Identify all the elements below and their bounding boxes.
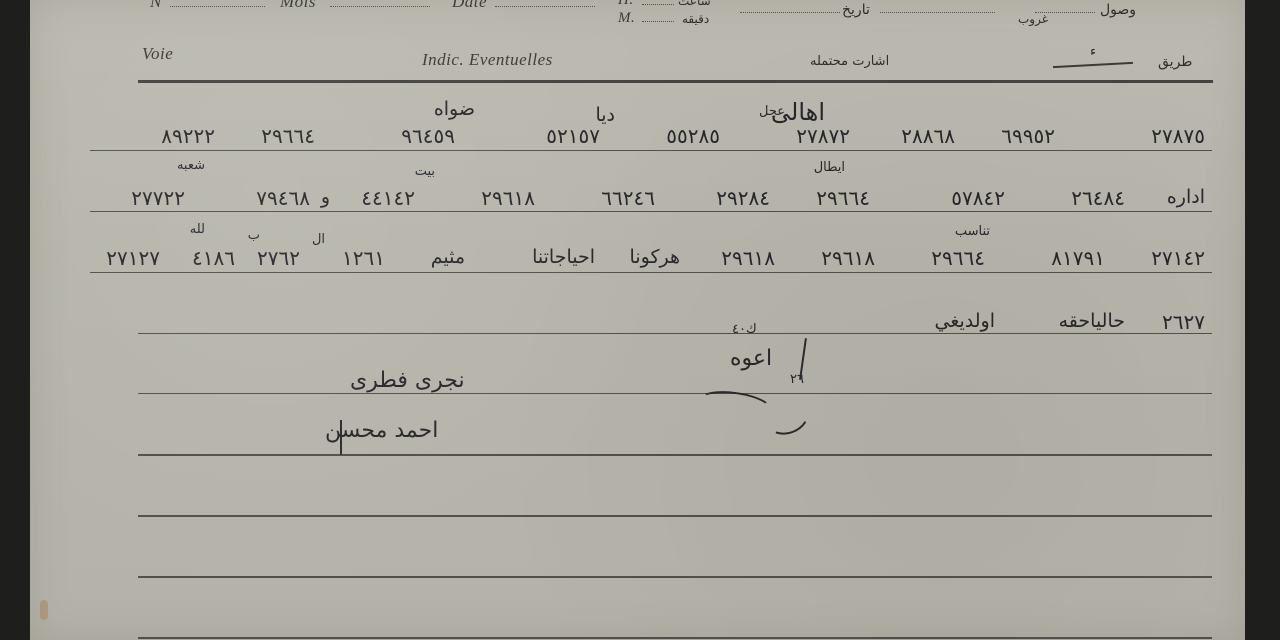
conjunction: و [321, 186, 330, 208]
tarik-label: طريق [1158, 54, 1192, 70]
date-label: Date [452, 0, 487, 12]
code-group: ٢٦٢٧ [1162, 310, 1205, 334]
code-group: ٥٥٢٨٥ [666, 124, 720, 148]
signature-line-1-rule [138, 393, 1212, 394]
word: اداره [1167, 186, 1205, 208]
message-line-4-rule [138, 333, 1212, 334]
code-group: ٢٧٧٢٢ [131, 186, 185, 210]
code-group: ٤١٨٦ [192, 246, 235, 270]
blank-line [138, 637, 1212, 639]
word: احياجاتنا [532, 246, 595, 268]
date-field-line [495, 6, 595, 7]
blank-line [138, 515, 1212, 517]
blank-line [138, 576, 1212, 578]
tarik-handwritten-stroke [1053, 62, 1133, 68]
message-line-2-rule [90, 211, 1212, 212]
code-group: ٤٤١٤٢ [361, 186, 415, 210]
annotation: شعبه [177, 158, 205, 173]
saat-label: ساعت [678, 0, 711, 8]
mois-field-line [330, 6, 430, 7]
code-group: ٨١٧٩١ [1051, 246, 1105, 270]
blank-line [138, 454, 1212, 456]
tarih-right-line [880, 12, 995, 13]
annotation: ايطال [814, 160, 845, 175]
tarih-left-line [740, 12, 840, 13]
dakika-label: دقيقه [682, 12, 709, 26]
annotation: عجل [759, 104, 785, 119]
annotation: لله [190, 222, 205, 237]
signature-stroke [340, 420, 342, 455]
minute-label: M. [618, 10, 635, 27]
code-group: ٨٩٢٢٢ [161, 124, 215, 148]
annotation: بيت [415, 164, 435, 179]
gurub-label: غروب [1018, 12, 1048, 26]
code-group: ٥٧٨٤٢ [951, 186, 1005, 210]
code-group: ٦٦٢٤٦ [601, 186, 655, 210]
annotation: ال [312, 232, 325, 247]
code-group: ٢٩٦٦٤ [261, 124, 315, 148]
word: هركونا [630, 246, 680, 268]
code-group: ٢٩٦٦٤ [931, 246, 985, 270]
header-divider [138, 80, 1213, 83]
vusul-line [1035, 12, 1095, 13]
code-group: ٢٩٢٨٤ [716, 186, 770, 210]
sender-signature-1: نجرى فطرى [350, 368, 465, 393]
no-label: N [150, 0, 162, 12]
official-flourish [761, 394, 814, 441]
code-group: ٧٩٤٦٨ [256, 186, 310, 210]
code-group: ٢٨٨٦٨ [901, 124, 955, 148]
code-group: ٢٧١٢٧ [106, 246, 160, 270]
hour-label: H. [618, 0, 634, 9]
voie-label: Voie [142, 44, 173, 64]
official-mark: اعوه [730, 346, 772, 371]
tarih-label: تاريخ [842, 2, 870, 18]
annotation: تناسب [955, 224, 990, 239]
code-group: ٩٦٤٥٩ [401, 124, 455, 148]
code-group: ٥٢١٥٧ [546, 124, 600, 148]
code-group: ٢٩٦١٨ [821, 246, 875, 270]
annotation: ضواه [434, 98, 475, 120]
annotation: ب [248, 228, 260, 243]
message-line-3-rule [90, 272, 1212, 273]
code-group: ٢٧٦٢ [257, 246, 300, 270]
minute-field-line [642, 21, 674, 22]
code-group: ٢٧١٤٢ [1151, 246, 1205, 270]
sender-signature-2: احمد محسن [325, 418, 438, 443]
indic-eventuelles-label: Indic. Eventuelles [422, 50, 553, 70]
vusul-label: وصول [1100, 2, 1136, 18]
annotation: دیا [595, 104, 615, 126]
code-group: ٢٧٨٧٥ [1151, 124, 1205, 148]
code-group: ٢٩٦١٨ [481, 186, 535, 210]
hour-field-line [642, 4, 674, 5]
mois-label: Mois [280, 0, 316, 12]
word: اولديغي [934, 310, 995, 332]
tarik-value: ء [1090, 44, 1096, 59]
word: حالياحقه [1059, 310, 1125, 332]
code-group: ٦٩٩٥٢ [1001, 124, 1055, 148]
official-initials: ك٤٠ [732, 322, 757, 337]
telegram-form: N Mois Date H. M. ساعت دقيقه تاريخ غروب … [30, 0, 1245, 640]
code-group: ٢٩٦٦٤ [816, 186, 870, 210]
message-line-1-rule [90, 150, 1212, 151]
paper-stain [40, 600, 48, 620]
code-group: ٢٩٦١٨ [721, 246, 775, 270]
code-group: ٢٦٤٨٤ [1071, 186, 1125, 210]
code-group: ١٢٦١ [342, 246, 385, 270]
code-group: ٢٧٨٧٢ [796, 124, 850, 148]
isaret-muhtemele-label: اشارت محتمله [810, 54, 889, 69]
no-field-line [170, 6, 265, 7]
word: مثيم [431, 246, 465, 268]
